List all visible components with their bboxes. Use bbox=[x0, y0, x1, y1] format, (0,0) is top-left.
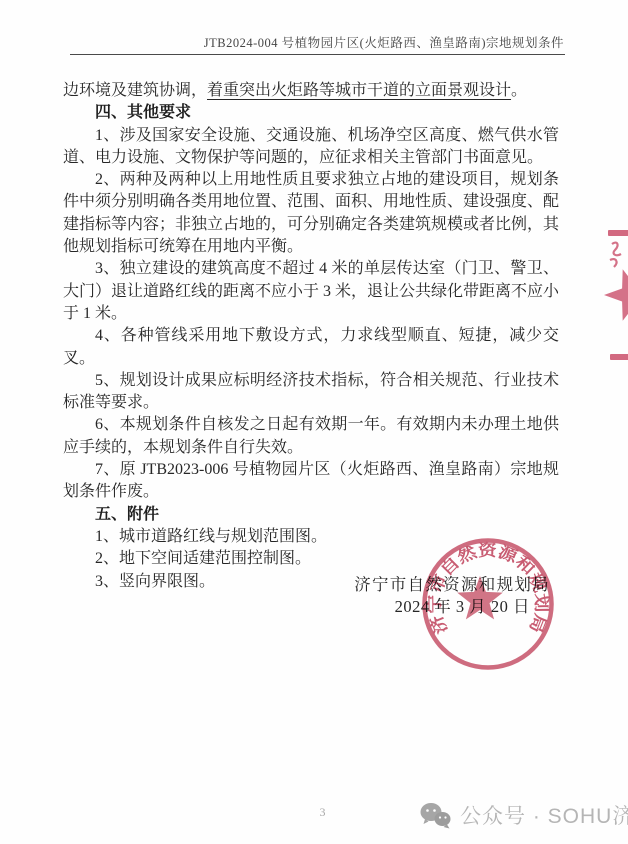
other-req-item-3: 3、独立建设的建筑高度不超过 4 米的单层传达室（门卫、警卫、大门）退让道路红线… bbox=[63, 258, 559, 325]
footer-brand-label: 公众号 · SOHU济宁 bbox=[460, 800, 628, 830]
other-req-item-7: 7、原 JTB2023-006 号植物园片区（火炬路西、渔皇路南）宗地规划条件作… bbox=[63, 459, 559, 504]
signature-block: 济宁市自然资源和规划局 2024 年 3 月 20 日 bbox=[63, 574, 557, 619]
doc-body: 边环境及建筑协调，着重突出火炬路等城市干道的立面景观设计。 四、其他要求 1、涉… bbox=[63, 80, 559, 593]
document-page: JTB2024-004 号植物园片区(火炬路西、渔皇路南)宗地规划条件 边环境及… bbox=[0, 0, 628, 844]
signature-org: 济宁市自然资源和规划局 bbox=[63, 574, 557, 596]
signature-date: 2024 年 3 月 20 日 bbox=[63, 596, 557, 618]
footer-brand: 公众号 · SOHU济宁 bbox=[420, 801, 628, 829]
section-title-attachments: 五、附件 bbox=[63, 504, 559, 526]
doc-reference-header: JTB2024-004 号植物园片区(火炬路西、渔皇路南)宗地规划条件 bbox=[63, 33, 564, 51]
attachment-item-2: 2、地下空间适建范围控制图。 bbox=[63, 548, 559, 570]
edge-partial-stamp bbox=[604, 228, 628, 368]
other-req-item-6: 6、本规划条件自核发之日起有效期一年。有效期内未办理土地供应手续的，本规划条件自… bbox=[63, 414, 559, 459]
wechat-icon bbox=[420, 802, 451, 829]
attachment-item-1: 1、城市道路红线与规划范围图。 bbox=[63, 526, 559, 548]
intro-underlined-phrase: 着重突出火炬路等城市干道的立面景观设计 bbox=[207, 82, 511, 99]
other-req-item-1: 1、涉及国家安全设施、交通设施、机场净空区高度、燃气供水管道、电力设施、文物保护… bbox=[63, 125, 559, 170]
section-title-other-requirements: 四、其他要求 bbox=[63, 102, 559, 124]
edge-stamp-half-star-icon bbox=[604, 269, 628, 320]
other-req-item-4: 4、各种管线采用地下敷设方式，力求线型顺直、短捷，减少交叉。 bbox=[63, 325, 559, 370]
other-req-item-2: 2、两种及两种以上用地性质且要求独立占地的建设项目，规划条件中须分别明确各类用地… bbox=[63, 169, 559, 258]
header-divider bbox=[70, 54, 565, 55]
intro-line: 边环境及建筑协调，着重突出火炬路等城市干道的立面景观设计。 bbox=[63, 80, 559, 102]
intro-post: 。 bbox=[511, 82, 527, 99]
other-req-item-5: 5、规划设计成果应标明经济技术指标，符合相关规范、行业技术标准等要求。 bbox=[63, 370, 559, 415]
intro-pre: 边环境及建筑协调， bbox=[63, 82, 207, 99]
